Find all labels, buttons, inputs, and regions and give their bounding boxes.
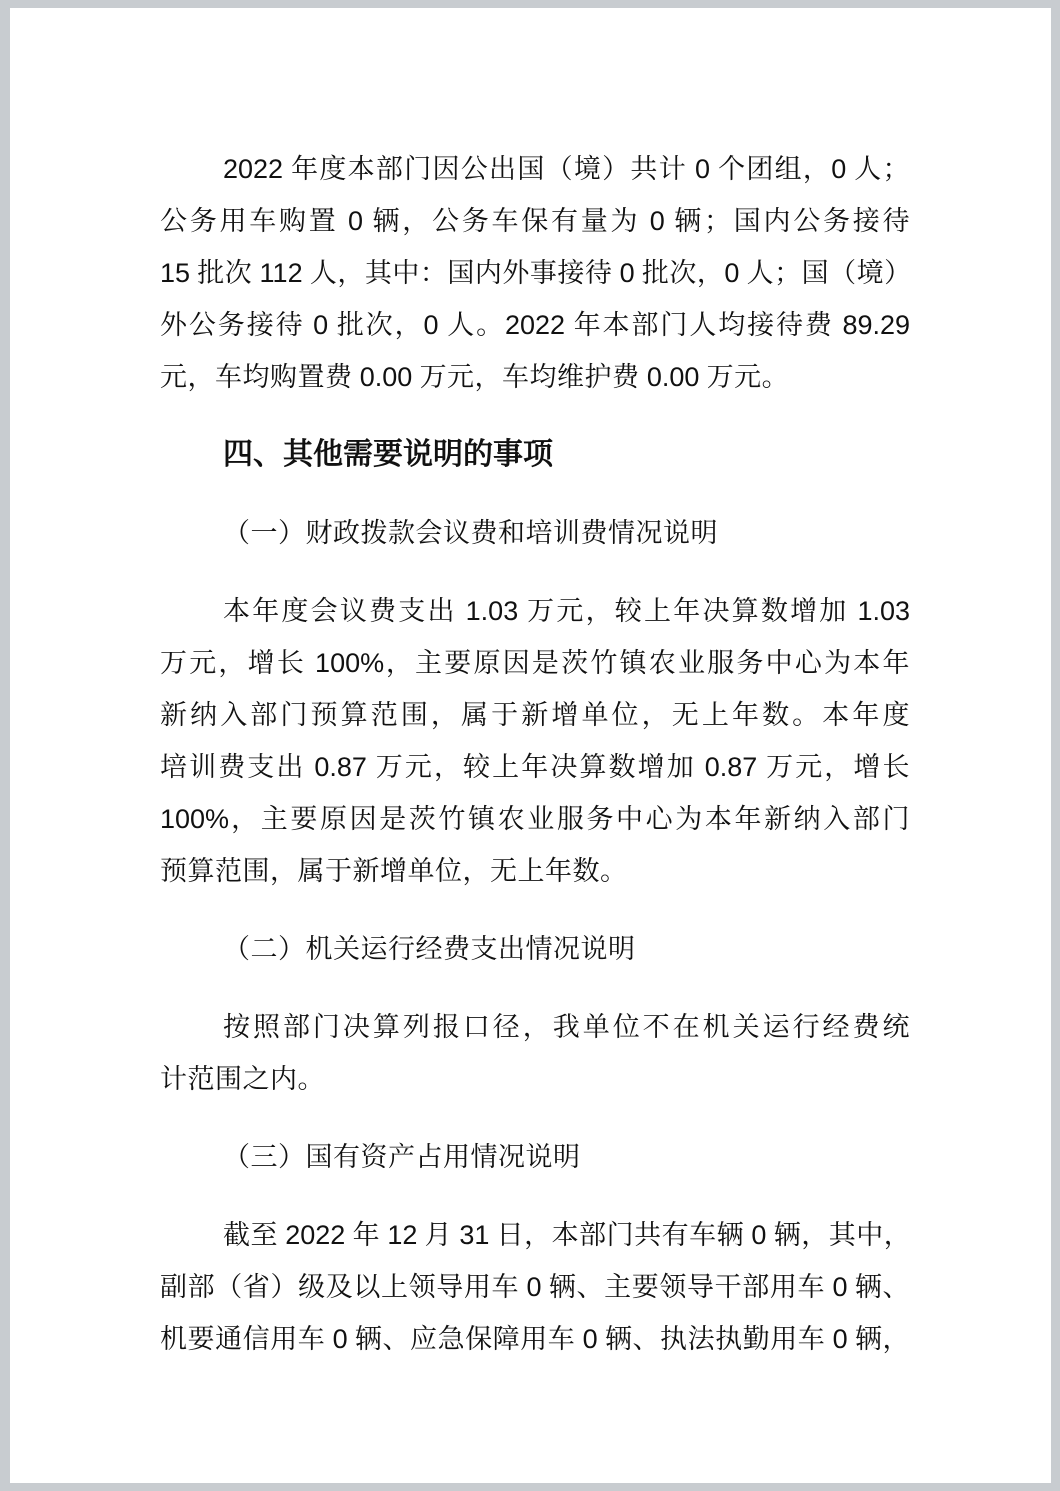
text-line: 计范围之内。 [160, 1053, 910, 1105]
sub-heading-operating-funds: （二）机关运行经费支出情况说明 [160, 923, 910, 975]
text-line: 外公务接待 0 批次，0 人。2022 年本部门人均接待费 89.29 [160, 299, 910, 351]
paper: 2022 年度本部门因公出国（境）共计 0 个团组，0 人； 公务用车购置 0 … [10, 8, 1051, 1483]
text-line: 按照部门决算列报口径，我单位不在机关运行经费统 [160, 1001, 910, 1053]
document-viewport: { "page": { "frame_color": "#c8ccd0", "p… [0, 0, 1060, 1491]
paragraph-state-assets: 截至 2022 年 12 月 31 日，本部门共有车辆 0 辆，其中， 副部（省… [160, 1209, 910, 1365]
text-line: 万元，增长 100%，主要原因是茨竹镇农业服务中心为本年 [160, 637, 910, 689]
text-line: 预算范围，属于新增单位，无上年数。 [160, 845, 910, 897]
text-line: 公务用车购置 0 辆，公务车保有量为 0 辆；国内公务接待 [160, 195, 910, 247]
text-line: 元，车均购置费 0.00 万元，车均维护费 0.00 万元。 [160, 351, 910, 403]
paragraph-foreign-affairs: 2022 年度本部门因公出国（境）共计 0 个团组，0 人； 公务用车购置 0 … [160, 143, 910, 403]
paragraph-operating-funds: 按照部门决算列报口径，我单位不在机关运行经费统 计范围之内。 [160, 1001, 910, 1105]
text-line: 副部（省）级及以上领导用车 0 辆、主要领导干部用车 0 辆、 [160, 1261, 910, 1313]
text-line: 机要通信用车 0 辆、应急保障用车 0 辆、执法执勤用车 0 辆， [160, 1313, 910, 1365]
text-line: 100%，主要原因是茨竹镇农业服务中心为本年新纳入部门 [160, 793, 910, 845]
text-line: 截至 2022 年 12 月 31 日，本部门共有车辆 0 辆，其中， [160, 1209, 910, 1261]
text-line: 培训费支出 0.87 万元，较上年决算数增加 0.87 万元，增长 [160, 741, 910, 793]
sub-heading-meeting-training: （一）财政拨款会议费和培训费情况说明 [160, 507, 910, 559]
paragraph-meeting-training: 本年度会议费支出 1.03 万元，较上年决算数增加 1.03 万元，增长 100… [160, 585, 910, 897]
text-line: 15 批次 112 人，其中：国内外事接待 0 批次，0 人；国（境） [160, 247, 910, 299]
text-line: 本年度会议费支出 1.03 万元，较上年决算数增加 1.03 [160, 585, 910, 637]
section-heading-other-matters: 四、其他需要说明的事项 [160, 429, 910, 481]
text-line: 2022 年度本部门因公出国（境）共计 0 个团组，0 人； [160, 143, 910, 195]
sub-heading-state-assets: （三）国有资产占用情况说明 [160, 1131, 910, 1183]
text-line: 新纳入部门预算范围，属于新增单位，无上年数。本年度 [160, 689, 910, 741]
